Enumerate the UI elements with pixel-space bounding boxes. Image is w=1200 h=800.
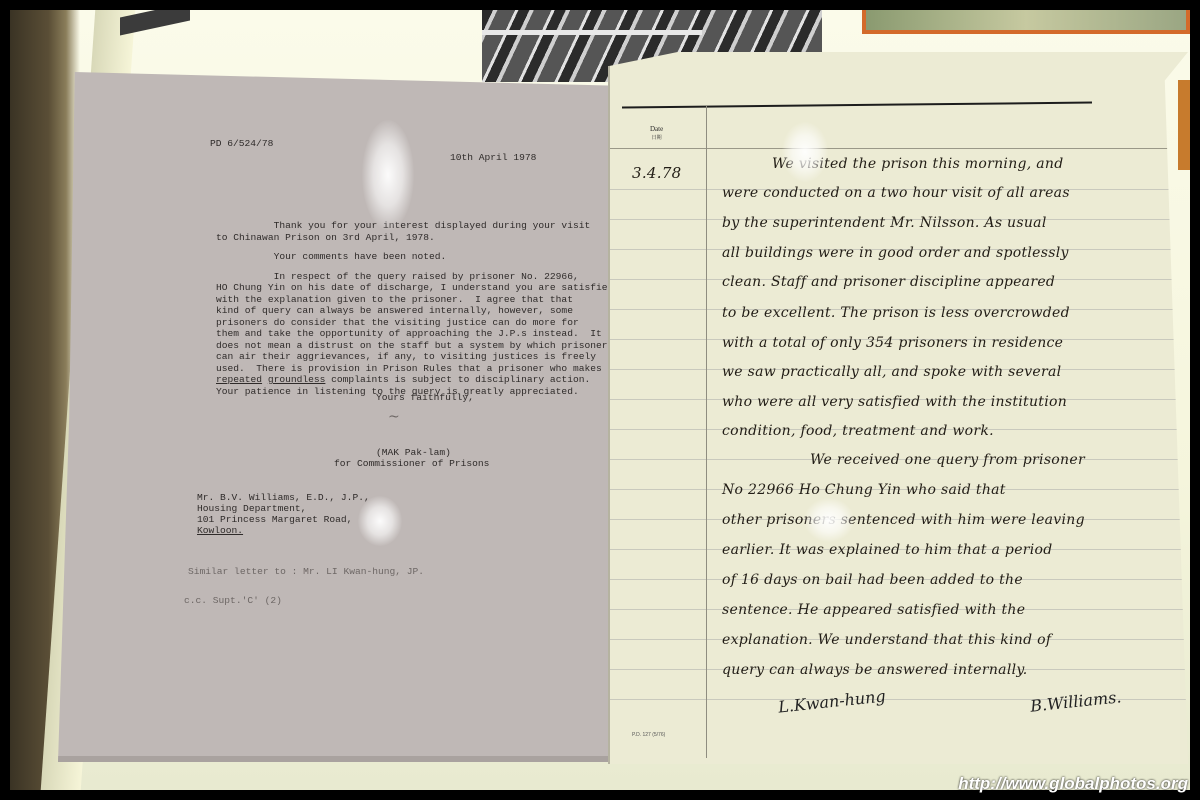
stair-rail [482, 30, 702, 35]
signatory-title: for Commissioner of Prisons [334, 458, 489, 470]
entry-line: explanation. We understand that this kin… [722, 632, 1051, 648]
letter-spacer [216, 263, 613, 271]
entry-line: sentence. He appeared satisfied with the [722, 602, 1025, 618]
entry-line: earlier. It was explained to him that a … [722, 542, 1053, 558]
underlined-word: repeated [216, 374, 262, 385]
entry-line: query can always be answered internally. [722, 662, 1028, 678]
date-column-rule [706, 106, 707, 758]
glass-reflection [782, 122, 828, 182]
entry-line: who were all very satisfied with the ins… [722, 394, 1067, 410]
letter-body: Thank you for your interest displayed du… [216, 220, 613, 397]
header-rule [622, 102, 1092, 109]
letter-line: prisoners do consider that the visiting … [216, 317, 613, 329]
entry-line: were conducted on a two hour visit of al… [722, 185, 1070, 201]
entry-line: We received one query from prisoner [810, 452, 1085, 468]
faint-signature: ~ [388, 412, 400, 424]
addressee-department: Housing Department, [197, 503, 306, 515]
entry-line: other prisoners sentenced with him were … [722, 512, 1085, 528]
background-photo-framed [862, 10, 1190, 34]
entry-line: with a total of only 354 prisoners in re… [722, 335, 1063, 351]
letter-reference: PD 6/524/78 [210, 138, 273, 150]
column-header-rule [610, 148, 1188, 149]
watermark: http://www.globalphotos.org [958, 774, 1188, 794]
entry-line: we saw practically all, and spoke with s… [722, 364, 1061, 380]
glass-reflection [358, 496, 402, 546]
form-number: P.D. 127 (5/76) [632, 732, 665, 738]
entry-line: all buildings were in good order and spo… [722, 245, 1069, 261]
entry-line: clean. Staff and prisoner discipline app… [722, 274, 1055, 290]
addressee-name: Mr. B.V. Williams, E.D., J.P., [197, 492, 370, 504]
letter-line-rest: complaints is subject to disciplinary ac… [325, 374, 590, 385]
framed-photo-inner [866, 10, 1186, 30]
letter-spacer [216, 243, 613, 251]
letter-line: HO Chung Yin on his date of discharge, I… [216, 282, 613, 294]
letter-line: can air their aggrievances, if any, to v… [216, 351, 613, 363]
letter-line: kind of query can always be answered int… [216, 305, 613, 317]
date-column-header: Date 日期 [650, 125, 663, 143]
entry-line: condition, food, treatment and work. [722, 423, 994, 439]
entry-date: 3.4.78 [632, 164, 682, 182]
entry-line: to be excellent. The prison is less over… [722, 305, 1070, 321]
letter-date: 10th April 1978 [450, 152, 536, 164]
entry-line: by the superintendent Mr. Nilsson. As us… [722, 215, 1047, 231]
paper-scrap [1178, 80, 1190, 170]
addressee-city: Kowloon. [197, 525, 243, 537]
display-case: PD 6/524/78 10th April 1978 Thank you fo… [10, 10, 1190, 790]
underlined-word: groundless [268, 374, 326, 385]
letter-line: In respect of the query raised by prison… [216, 271, 613, 283]
letter-line: does not mean a distrust on the staff bu… [216, 340, 613, 352]
entry-line: No 22966 Ho Chung Yin who said that [722, 482, 1006, 498]
glass-reflection [804, 498, 854, 542]
visitor-ledger-page: Date 日期 3.4.78 We visited the prison thi… [608, 52, 1188, 764]
letter-line: them and take the opportunity of approac… [216, 328, 613, 340]
letter-line: with the explanation given to the prison… [216, 294, 613, 306]
letter-line: Thank you for your interest displayed du… [216, 220, 613, 232]
entry-line: of 16 days on bail had been added to the [722, 572, 1023, 588]
similar-letter-note: Similar letter to : Mr. LI Kwan-hung, JP… [188, 566, 424, 578]
typed-letter-page: PD 6/524/78 10th April 1978 Thank you fo… [58, 72, 618, 762]
glass-reflection [362, 120, 414, 230]
signatory-name: (MAK Pak-lam) [376, 447, 451, 459]
letter-valediction: Yours faithfully, [376, 392, 474, 404]
cc-note: c.c. Supt.'C' (2) [184, 595, 282, 607]
addressee-street: 101 Princess Margaret Road, [197, 514, 352, 526]
letter-line: used. There is provision in Prison Rules… [216, 363, 613, 375]
letter-line: Your comments have been noted. [216, 251, 613, 263]
date-header-chinese: 日期 [650, 134, 663, 143]
letter-line-underlined: repeated groundless complaints is subjec… [216, 374, 613, 386]
letter-line: to Chinawan Prison on 3rd April, 1978. [216, 232, 613, 244]
date-header-label: Date [650, 125, 663, 134]
